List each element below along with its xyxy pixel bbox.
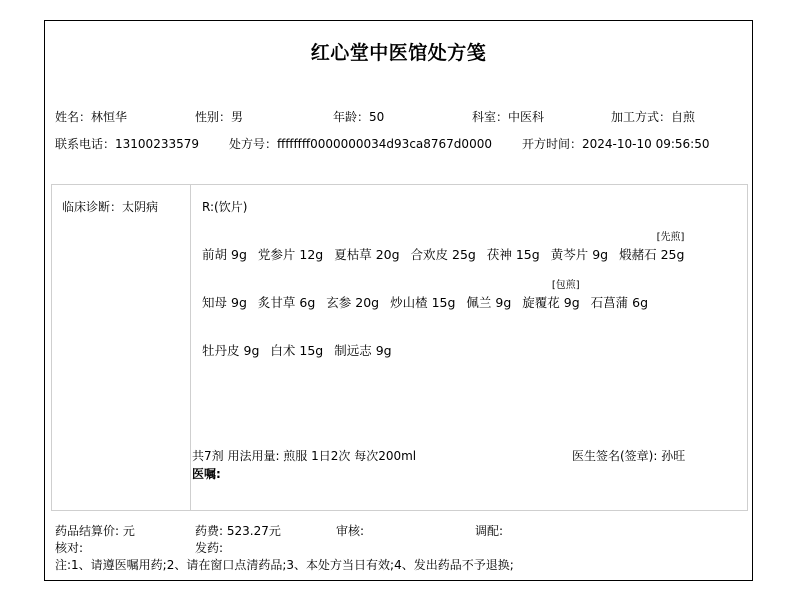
herb-item: 牡丹皮 9g [202, 341, 259, 359]
clinical-diagnosis: 临床诊断：太阴病 [62, 198, 158, 215]
prescription-box: 临床诊断：太阴病 R:(饮片) 前胡 9g 党参片 12g 夏枯草 20g 合欢… [51, 184, 748, 511]
herb-item: 茯神 15g [487, 245, 540, 263]
department: 科室：中医科 [472, 109, 544, 125]
patient-name: 姓名：林恒华 [55, 109, 127, 125]
herb-item: 黄芩片 9g [551, 245, 608, 263]
dispense-field: 调配: [475, 523, 503, 539]
review-field: 审核: [336, 523, 364, 539]
herb-note: [先煎] [657, 228, 685, 243]
herb-line-1: 前胡 9g 党参片 12g 夏枯草 20g 合欢皮 25g 茯神 15g 黄芩片… [202, 245, 691, 263]
footer-row-1: 药品结算价: 元 药费: 523.27元 审核: 调配: [55, 523, 745, 539]
herb-item: 石菖蒲 6g [591, 293, 648, 311]
herb-item: 夏枯草 20g [334, 245, 399, 263]
patient-age: 年龄：50 [333, 109, 384, 125]
check-field: 核对: [55, 540, 83, 556]
herb-item: 合欢皮 25g [411, 245, 476, 263]
rx-header: R:(饮片) [202, 198, 247, 215]
prescription-number: 处方号：ffffffff0000000034d93ca8767d0000 [229, 136, 492, 152]
usage-dosage: 共7剂 用法用量: 煎服 1日2次 每次200ml [192, 447, 416, 464]
prescription-sheet: 红心堂中医馆处方笺 姓名：林恒华 性别：男 年龄：50 科室：中医科 加工方式：… [44, 20, 753, 581]
herb-item: [先煎]煅赭石 25g [619, 245, 684, 263]
herb-note: [包煎] [552, 276, 580, 291]
patient-phone: 联系电话：13100233579 [55, 136, 199, 152]
footer-notes: 注:1、请遵医嘱用药;2、请在窗口点清药品;3、本处方当日有效;4、发出药品不予… [55, 557, 514, 573]
herb-item: 党参片 12g [258, 245, 323, 263]
patient-info-row-2: 联系电话：13100233579 处方号：ffffffff0000000034d… [55, 136, 745, 152]
herb-item: 前胡 9g [202, 245, 247, 263]
herb-item: [包煎]旋覆花 9g [522, 293, 579, 311]
herb-item: 玄参 20g [326, 293, 379, 311]
diagnosis-panel: 临床诊断：太阴病 [52, 185, 191, 510]
herb-item: 知母 9g [202, 293, 247, 311]
herb-line-2: 知母 9g 炙甘草 6g 玄参 20g 炒山楂 15g 佩兰 9g [包煎]旋覆… [202, 293, 655, 311]
patient-gender: 性别：男 [195, 109, 243, 125]
settle-price: 药品结算价: 元 [55, 523, 135, 539]
herb-line-3: 牡丹皮 9g 白术 15g 制远志 9g [202, 341, 399, 359]
herb-item: 白术 15g [270, 341, 323, 359]
doctor-signature: 医生签名(签章): 孙旺 [572, 447, 685, 464]
herb-item: 佩兰 9g [466, 293, 511, 311]
process-method: 加工方式：自煎 [611, 109, 695, 125]
herb-item: 制远志 9g [334, 341, 391, 359]
herb-item: 炒山楂 15g [390, 293, 455, 311]
patient-info-row-1: 姓名：林恒华 性别：男 年龄：50 科室：中医科 加工方式：自煎 [55, 109, 745, 125]
drug-fee: 药费: 523.27元 [195, 523, 281, 539]
prescription-time: 开方时间：2024-10-10 09:56:50 [522, 136, 709, 152]
issue-field: 发药: [195, 540, 223, 556]
herb-item: 炙甘草 6g [258, 293, 315, 311]
page-title: 红心堂中医馆处方笺 [45, 38, 752, 65]
doctor-order-label: 医嘱: [192, 465, 221, 482]
footer-row-2: 核对: 发药: [55, 540, 745, 556]
